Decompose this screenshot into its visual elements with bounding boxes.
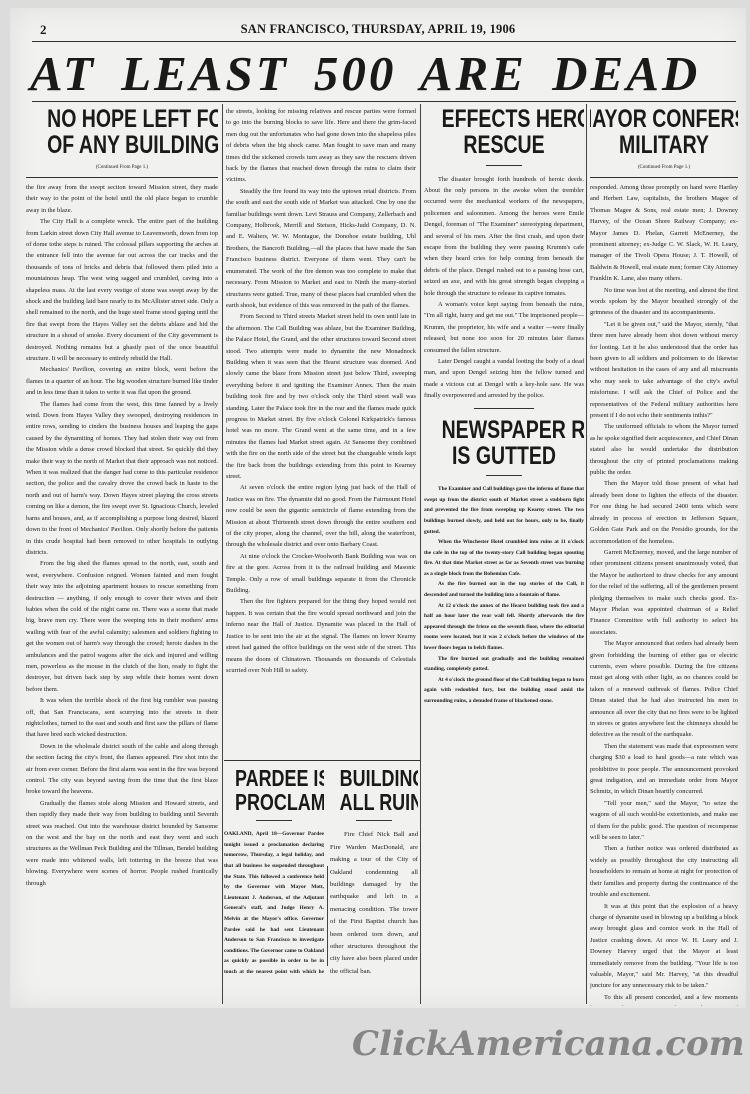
paragraph: To this all present conceded, and a few … — [590, 992, 738, 1006]
paragraph: OAKLAND, April 18—Governor Pardee tonigh… — [224, 829, 324, 976]
paragraph: The flames had come from the west, this … — [26, 399, 218, 559]
banner-rule — [32, 101, 736, 102]
divider — [26, 177, 218, 178]
paragraph: Then a further notice was ordered distri… — [590, 843, 738, 900]
paragraph: Then the fire fighters prepared for the … — [226, 596, 416, 676]
paragraph: At nine o'clock the Crocker-Woolworth Ba… — [226, 551, 416, 597]
article-no-hope-continued: the streets, looking for missing relativ… — [226, 106, 416, 858]
article-pardee: PARDEE ISSUES PROCLAMATION OAKLAND, Apri… — [224, 766, 324, 976]
article-mayor-confers: MAYOR CONFERS WITH MILITARY (Continued F… — [590, 106, 738, 1006]
paragraph: No time was lost at the meeting, and alm… — [590, 285, 738, 319]
paragraph: It was at this point that the explosion … — [590, 901, 738, 992]
headline-ruined-2: ALL RUINED — [340, 790, 409, 814]
banner-headline: AT LEAST 500 ARE DEAD — [30, 46, 750, 102]
paragraph: From the big shed the flames spread to t… — [26, 558, 218, 695]
paragraph: From Second to Third streets Market stre… — [226, 311, 416, 482]
paragraph: responded. Among those promptly on hand … — [590, 182, 738, 285]
paragraph: The City Hall is a complete wreck. The e… — [26, 216, 218, 364]
headline-mayor-1: MAYOR CONFERS WITH — [590, 106, 702, 132]
paragraph: the streets, looking for missing relativ… — [226, 106, 416, 186]
headline-pardee-1: PARDEE ISSUES — [235, 766, 313, 790]
paragraph: Fire Chief Nick Ball and Fire Warden Mac… — [330, 829, 418, 976]
headline-ruined-1: BUILDINGS ARE — [340, 766, 409, 790]
paragraph: "Tell your men," said the Mayor, "to sei… — [590, 798, 738, 844]
paragraph: Down in the wholesale district south of … — [26, 741, 218, 798]
column-rule — [222, 104, 223, 1004]
divider — [590, 177, 738, 178]
divider — [356, 820, 392, 821]
paragraph: Then the Mayor told those present of wha… — [590, 478, 738, 546]
paragraph: The uniformed officials to whom the Mayo… — [590, 421, 738, 478]
article-no-hope: NO HOPE LEFT FOR SAFETY OF ANY BUILDINGS… — [26, 106, 218, 1006]
paragraph: Steadily the fire found its way into the… — [226, 186, 416, 311]
newspaper-page: 2 SAN FRANCISCO, THURSDAY, APRIL 19, 190… — [10, 8, 746, 1008]
paragraph: Garrett McEnerney, moved, and the large … — [590, 547, 738, 638]
article-buildings-ruined: BUILDINGS ARE ALL RUINED Fire Chief Nick… — [330, 766, 418, 976]
section-rule — [224, 760, 420, 761]
headline-mayor-2: MILITARY — [606, 132, 721, 158]
paragraph: "Let it be given out," said the Mayor, s… — [590, 319, 738, 422]
continued-note: (Continued From Page 1.) — [590, 162, 738, 173]
paragraph: The Mayor announced that orders had alre… — [590, 638, 738, 741]
paragraph: It was when the terrible shock of the fi… — [26, 695, 218, 741]
headline-no-hope-1: NO HOPE LEFT FOR SAFETY — [47, 106, 197, 132]
headline-no-hope-2: OF ANY BUILDINGS — [47, 132, 197, 158]
paragraph: At seven o'clock the entire region lying… — [226, 482, 416, 550]
header-rule — [32, 41, 736, 42]
dateline: SAN FRANCISCO, THURSDAY, APRIL 19, 1906 — [10, 22, 746, 37]
paragraph: the fire away from the swept section tow… — [26, 182, 218, 216]
headline-pardee-2: PROCLAMATION — [235, 790, 313, 814]
paragraph: Gradually the flames stole along Mission… — [26, 798, 218, 889]
divider — [256, 820, 292, 821]
column-rule — [420, 104, 421, 1004]
continued-note: (Continued From Page 1.) — [26, 162, 218, 173]
paragraph: Then the statement was made that express… — [590, 741, 738, 798]
watermark: ClickAmericana.com — [352, 1024, 745, 1064]
column-rule — [327, 866, 328, 966]
paragraph: Mechanics' Pavilion, covering an entire … — [26, 364, 218, 398]
